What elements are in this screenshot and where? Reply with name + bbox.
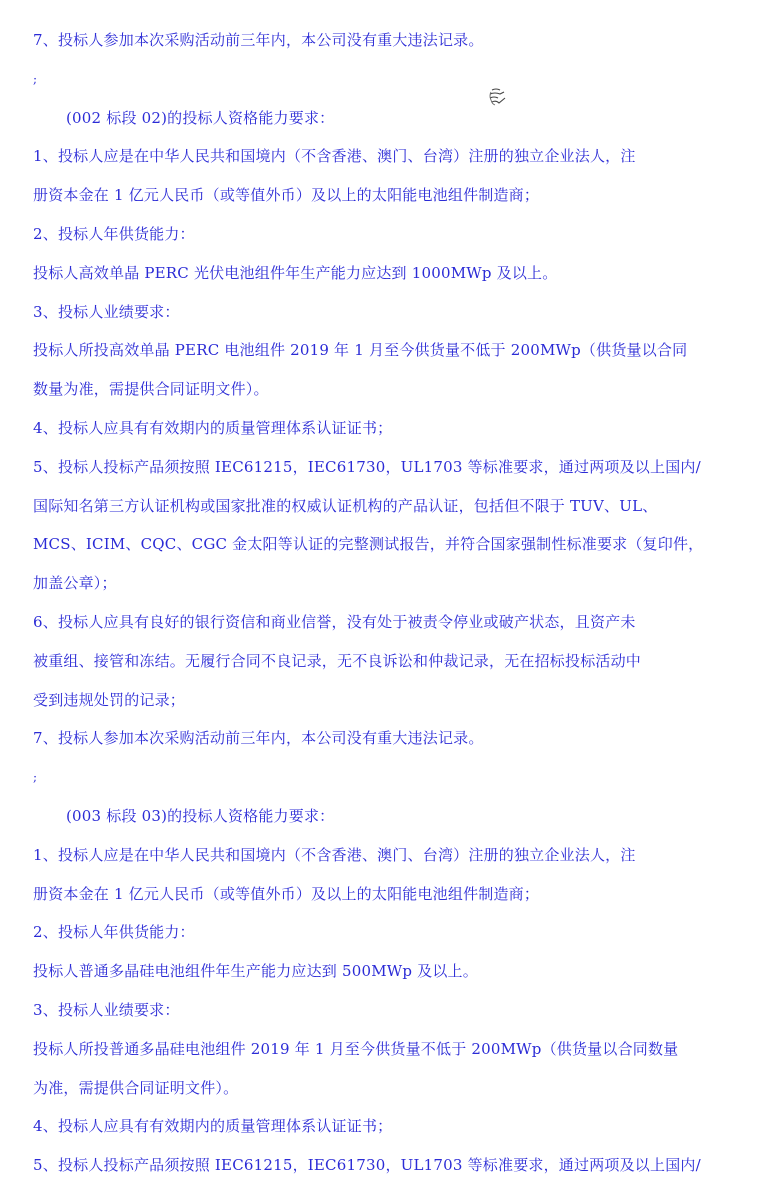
text-line: 国际知名第三方认证机构或国家批准的权威认证机构的产品认证，包括但不限于 TUV、… xyxy=(0,487,763,526)
section-heading-lot-02: (002 标段 02)的投标人资格能力要求： xyxy=(0,99,763,138)
hand-cursor-icon xyxy=(486,86,510,110)
text-line: 2、投标人年供货能力： xyxy=(0,215,763,254)
text-line: 为准，需提供合同证明文件）。 xyxy=(0,1069,763,1108)
text-line: 7、投标人参加本次采购活动前三年内，本公司没有重大违法记录。 xyxy=(0,21,763,60)
text-line: 册资本金在 1 亿元人民币（或等值外币）及以上的太阳能电池组件制造商； xyxy=(0,176,763,215)
text-line: 投标人高效单晶 PERC 光伏电池组件年生产能力应达到 1000MWp 及以上。 xyxy=(0,254,763,293)
text-line: 投标人所投普通多晶硅电池组件 2019 年 1 月至今供货量不低于 200MWp… xyxy=(0,1030,763,1069)
text-line: MCS、ICIM、CQC、CGC 金太阳等认证的完整测试报告，并符合国家强制性标… xyxy=(0,525,763,564)
text-line: 3、投标人业绩要求： xyxy=(0,293,763,332)
text-line: 投标人普通多晶硅电池组件年生产能力应达到 500MWp 及以上。 xyxy=(0,952,763,991)
text-line: 4、投标人应具有有效期内的质量管理体系认证证书； xyxy=(0,1107,763,1146)
text-line: 册资本金在 1 亿元人民币（或等值外币）及以上的太阳能电池组件制造商； xyxy=(0,875,763,914)
text-line: 6、投标人应具有良好的银行资信和商业信誉，没有处于被责令停业或破产状态，且资产未 xyxy=(0,603,763,642)
text-line: 5、投标人投标产品须按照 IEC61215，IEC61730，UL1703 等标… xyxy=(0,448,763,487)
separator-semicolon: ; xyxy=(0,60,763,99)
text-line: 投标人所投高效单晶 PERC 电池组件 2019 年 1 月至今供货量不低于 2… xyxy=(0,331,763,370)
text-line: 2、投标人年供货能力： xyxy=(0,913,763,952)
document-body: 7、投标人参加本次采购活动前三年内，本公司没有重大违法记录。 ; (002 标段… xyxy=(0,21,763,1185)
text-line: 3、投标人业绩要求： xyxy=(0,991,763,1030)
section-heading-lot-03: (003 标段 03)的投标人资格能力要求： xyxy=(0,797,763,836)
text-line: 受到违规处罚的记录； xyxy=(0,681,763,720)
text-line: 加盖公章）； xyxy=(0,564,763,603)
text-line: 7、投标人参加本次采购活动前三年内，本公司没有重大违法记录。 xyxy=(0,719,763,758)
text-line: 数量为准，需提供合同证明文件）。 xyxy=(0,370,763,409)
text-line: 4、投标人应具有有效期内的质量管理体系认证证书； xyxy=(0,409,763,448)
text-line: 5、投标人投标产品须按照 IEC61215，IEC61730，UL1703 等标… xyxy=(0,1146,763,1185)
separator-semicolon: ; xyxy=(0,758,763,797)
text-line: 1、投标人应是在中华人民共和国境内（不含香港、澳门、台湾）注册的独立企业法人，注 xyxy=(0,836,763,875)
text-line: 被重组、接管和冻结。无履行合同不良记录，无不良诉讼和仲裁记录，无在招标投标活动中 xyxy=(0,642,763,681)
text-line: 1、投标人应是在中华人民共和国境内（不含香港、澳门、台湾）注册的独立企业法人，注 xyxy=(0,137,763,176)
